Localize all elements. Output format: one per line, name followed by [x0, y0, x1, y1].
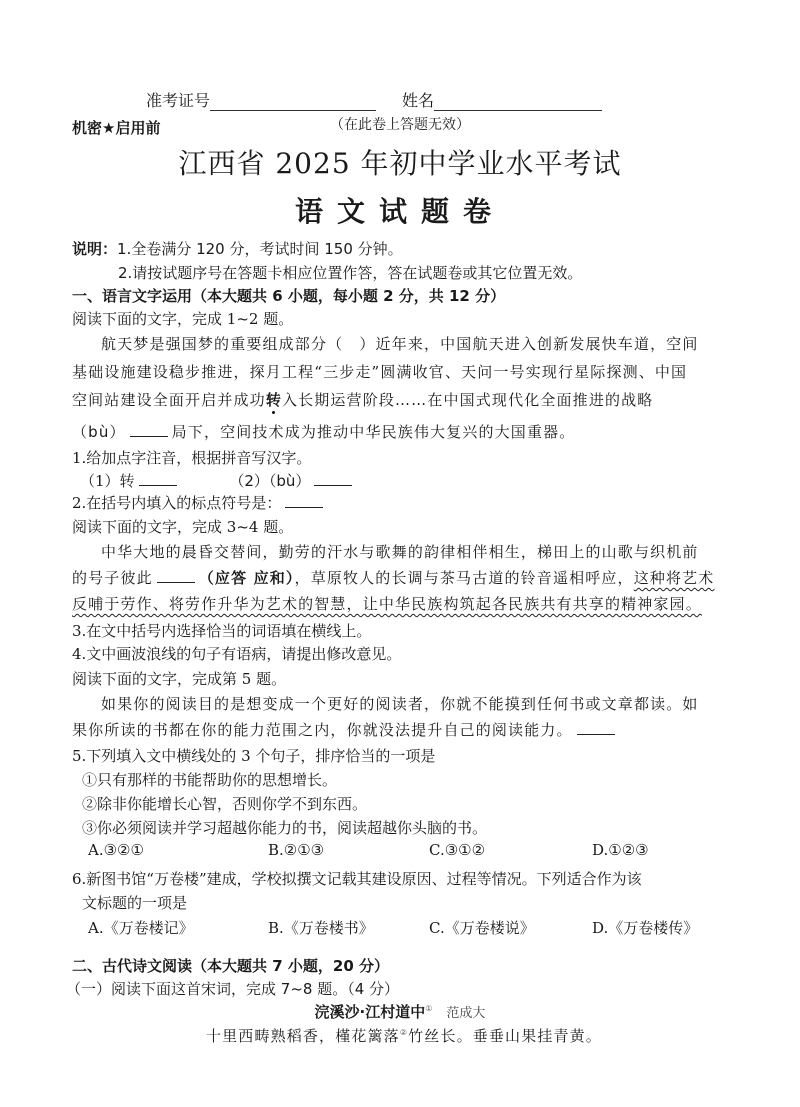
- question-5: 5.下列填入文中横线处的 3 个句子，排序恰当的一项是: [72, 745, 435, 766]
- question-5-sentence: ①只有那样的书能帮助你的思想增长。: [82, 769, 337, 790]
- reading-prompt-3: 阅读下面的文字，完成第 5 题。: [72, 668, 286, 689]
- answer-blank[interactable]: [314, 471, 352, 486]
- name-field[interactable]: [434, 94, 602, 111]
- question-5-option-a[interactable]: A.③②①: [88, 841, 144, 859]
- poem-title: 浣溪沙·江村道中: [315, 1003, 426, 1021]
- question-5-sentence: ③你必须阅读并学习超越你能力的书，阅读超越你头脑的书。: [82, 817, 487, 838]
- question-6: 6.新图书馆“万卷楼”建成，学校拟撰文记载其建设原因、过程等情况。下列适合作为该: [72, 868, 642, 889]
- question-6-option-a[interactable]: A.《万卷楼记》: [88, 917, 194, 938]
- instruction-item: 1.全卷满分 120 分，考试时间 150 分钟。: [117, 240, 403, 258]
- section-1-heading: 一、语言文字运用（本大题共 6 小题，每小题 2 分，共 12 分）: [72, 285, 505, 306]
- exam-title: 江西省 2025 年初中学业水平考试: [0, 142, 800, 182]
- passage-1-line: 基础设施建设稳步推进，探月工程“三步走”圆满收官、天问一号实现行星际探测、中国: [72, 361, 687, 382]
- instruction-item: 2.请按试题序号在答题卡相应位置作答，答在试题卷或其它位置无效。: [118, 262, 582, 283]
- question-1-part-1: （1）转: [80, 472, 135, 490]
- poem-title-row: 浣溪沙·江村道中①范成大: [0, 1001, 800, 1022]
- question-2: 2.在括号内填入的标点符号是：: [72, 492, 327, 513]
- part-1-prompt: （一）阅读下面这首宋词，完成 7~8 题。（4 分）: [66, 978, 399, 999]
- question-5-option-d[interactable]: D.①②③: [592, 841, 649, 859]
- section-2-heading: 二、古代诗文阅读（本大题共 7 小题，20 分）: [72, 955, 389, 976]
- answer-blank[interactable]: [139, 471, 177, 486]
- poem-text: 竹丝长。垂垂山果挂青黄。: [408, 1027, 602, 1045]
- question-3: 3.在文中括号内选择恰当的词语填在横线上。: [72, 620, 371, 641]
- question-4: 4.文中画波浪线的句子有语病，请提出修改意见。: [72, 643, 401, 664]
- footnote-marker: ①: [425, 1004, 432, 1013]
- question-6-cont: 文标题的一项是: [82, 892, 187, 913]
- answer-blank[interactable]: [577, 720, 615, 735]
- passage-1-line: 空间站建设全面开启并成功转入长期运营阶段……在中国式现代化全面推进的战略: [72, 389, 653, 410]
- exam-id-label: 准考证号: [146, 88, 210, 111]
- passage-3-line: 果你所读的书都在你的能力范围之内，你就没法提升自己的阅读能力。: [72, 719, 619, 740]
- passage-2-line: 反哺于劳作、将劳作升华为艺术的智慧，让中华民族构筑起各民族共有共享的精神家园。: [72, 593, 702, 614]
- passage-text: 的号子彼此: [72, 569, 153, 587]
- exam-id-field[interactable]: [210, 94, 376, 111]
- instructions-line-1: 说明：1.全卷满分 120 分，考试时间 150 分钟。: [72, 238, 403, 259]
- question-2-text: 2.在括号内填入的标点符号是：: [72, 494, 281, 512]
- wavy-underlined-text: 这种将艺术: [634, 569, 715, 587]
- question-6-option-b[interactable]: B.《万卷楼书》: [268, 917, 374, 938]
- footnote-marker: ②: [400, 1028, 408, 1037]
- passage-text: 空间站建设全面开启并成功: [72, 391, 266, 409]
- poem-author: 范成大: [446, 1006, 485, 1021]
- wavy-underlined-text: 反哺于劳作、将劳作升华为艺术的智慧，让中华民族构筑起各民族共有共享的精神家园。: [72, 595, 702, 613]
- dotted-character: 转: [266, 391, 282, 409]
- answer-blank[interactable]: [285, 493, 323, 508]
- answer-blank[interactable]: [157, 568, 195, 583]
- passage-text: ，草原牧人的长调与茶马古道的铃音遥相呼应，: [295, 569, 634, 587]
- question-6-option-c[interactable]: C.《万卷楼说》: [429, 917, 535, 938]
- candidate-info-row: 准考证号 姓名: [146, 88, 602, 111]
- name-label: 姓名: [402, 88, 434, 111]
- passage-2-line: 的号子彼此（应答 应和），草原牧人的长调与茶马古道的铃音遥相呼应，这种将艺术: [72, 567, 714, 588]
- question-5-sentence: ②除非你能增长心智，否则你学不到东西。: [82, 793, 367, 814]
- question-1-part-2: （2）（bù）: [229, 472, 310, 490]
- poem-text: 十里西畴熟稻香，槿花篱落: [206, 1027, 400, 1045]
- word-options: （应答 应和）: [199, 569, 295, 587]
- question-6-option-d[interactable]: D.《万卷楼传》: [592, 917, 698, 938]
- reading-prompt-1: 阅读下面的文字，完成 1~2 题。: [72, 308, 293, 329]
- passage-text: 果你所读的书都在你的能力范围之内，你就没法提升自己的阅读能力。: [72, 721, 573, 739]
- poem-line: 十里西畴熟稻香，槿花篱落②竹丝长。垂垂山果挂青黄。: [206, 1025, 602, 1046]
- passage-3-line: 如果你的阅读目的是想变成一个更好的阅读者，你就不能摸到任何书或文章都读。如: [101, 693, 699, 714]
- instructions-label: 说明：: [72, 240, 117, 258]
- confidential-label: 机密★启用前: [72, 117, 160, 138]
- passage-text: 入长期运营阶段……在中国式现代化全面推进的战略: [282, 391, 653, 409]
- pinyin-hint: （bù）: [72, 423, 126, 441]
- passage-1-line: 航天梦是强国梦的重要组成部分（ ）近年来，中国航天进入创新发展快车道，空间: [101, 333, 699, 354]
- question-1: 1.给加点字注音，根据拼音写汉字。: [72, 447, 311, 468]
- answer-blank[interactable]: [130, 422, 168, 437]
- passage-2-line: 中华大地的晨昏交替间，勤劳的汗水与歌舞的韵律相伴相生，梯田上的山歌与织机前: [101, 541, 699, 562]
- question-5-option-b[interactable]: B.②①③: [268, 841, 324, 859]
- paper-title: 语文试题卷: [0, 190, 800, 230]
- reading-prompt-2: 阅读下面的文字，完成 3~4 题。: [72, 516, 293, 537]
- passage-1-line: （bù）局下，空间技术成为推动中华民族伟大复兴的大国重器。: [72, 421, 575, 442]
- question-1-subparts: （1）转 （2）（bù）: [80, 470, 356, 491]
- question-5-option-c[interactable]: C.③①②: [429, 841, 485, 859]
- passage-text: 局下，空间技术成为推动中华民族伟大复兴的大国重器。: [172, 423, 576, 441]
